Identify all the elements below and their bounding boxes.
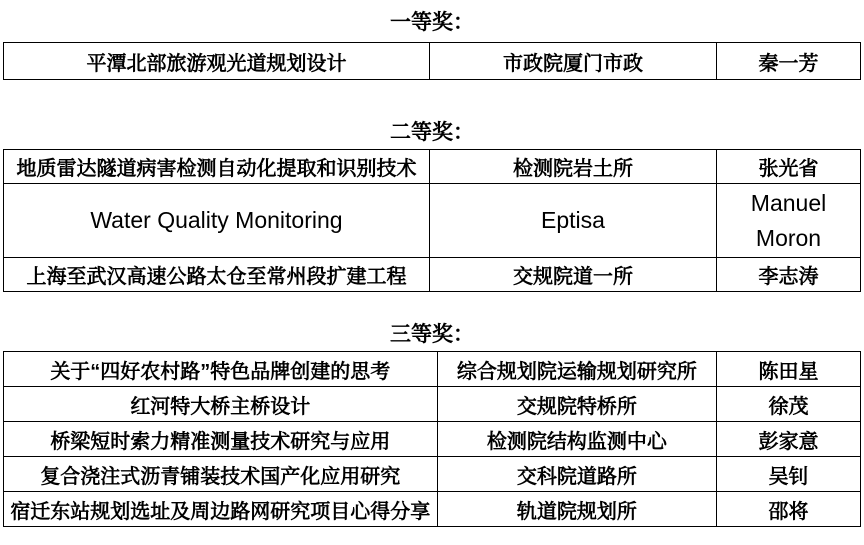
- person-cell: 吴钊: [717, 457, 861, 492]
- person-cell: 秦一芳: [717, 43, 861, 80]
- project-cell: 平潭北部旅游观光道规划设计: [4, 43, 430, 80]
- project-cell: 关于“四好农村路”特色品牌创建的思考: [4, 352, 438, 387]
- document-body: 一等奖： 平潭北部旅游观光道规划设计 市政院厦门市政 秦一芳 二等奖： 地质雷达…: [0, 0, 864, 527]
- person-cell: 李志涛: [717, 258, 861, 292]
- org-cell: 交科院道路所: [437, 457, 716, 492]
- project-cell: 宿迁东站规划选址及周边路网研究项目心得分享: [4, 492, 438, 527]
- project-cell: 地质雷达隧道病害检测自动化提取和识别技术: [4, 150, 430, 184]
- org-cell: 综合规划院运输规划研究所: [437, 352, 716, 387]
- project-cell: 上海至武汉高速公路太仓至常州段扩建工程: [4, 258, 430, 292]
- table-row: Water Quality Monitoring Eptisa Manuel M…: [4, 184, 861, 258]
- org-cell: 轨道院规划所: [437, 492, 716, 527]
- org-cell: 交规院特桥所: [437, 387, 716, 422]
- project-cell: 红河特大桥主桥设计: [4, 387, 438, 422]
- table-row: 平潭北部旅游观光道规划设计 市政院厦门市政 秦一芳: [4, 43, 861, 80]
- first-prize-table: 平潭北部旅游观光道规划设计 市政院厦门市政 秦一芳: [3, 42, 861, 80]
- table-row: 桥梁短时索力精准测量技术研究与应用 检测院结构监测中心 彭家意: [4, 422, 861, 457]
- first-prize-heading: 一等奖：: [3, 11, 861, 35]
- table-row: 上海至武汉高速公路太仓至常州段扩建工程 交规院道一所 李志涛: [4, 258, 861, 292]
- table-row: 宿迁东站规划选址及周边路网研究项目心得分享 轨道院规划所 邵将: [4, 492, 861, 527]
- project-cell: 复合浇注式沥青铺装技术国产化应用研究: [4, 457, 438, 492]
- table-row: 红河特大桥主桥设计 交规院特桥所 徐茂: [4, 387, 861, 422]
- person-cell: Manuel Moron: [717, 184, 861, 258]
- person-cell: 邵将: [717, 492, 861, 527]
- project-cell: 桥梁短时索力精准测量技术研究与应用: [4, 422, 438, 457]
- org-cell: 检测院结构监测中心: [437, 422, 716, 457]
- table-row: 关于“四好农村路”特色品牌创建的思考 综合规划院运输规划研究所 陈田星: [4, 352, 861, 387]
- second-prize-heading: 二等奖：: [3, 121, 861, 145]
- second-prize-table: 地质雷达隧道病害检测自动化提取和识别技术 检测院岩土所 张光省 Water Qu…: [3, 149, 861, 292]
- org-cell: Eptisa: [429, 184, 716, 258]
- person-cell: 彭家意: [717, 422, 861, 457]
- section-third-prize: 三等奖： 关于“四好农村路”特色品牌创建的思考 综合规划院运输规划研究所 陈田星…: [3, 323, 861, 527]
- table-row: 复合浇注式沥青铺装技术国产化应用研究 交科院道路所 吴钊: [4, 457, 861, 492]
- person-cell: 张光省: [717, 150, 861, 184]
- third-prize-table: 关于“四好农村路”特色品牌创建的思考 综合规划院运输规划研究所 陈田星 红河特大…: [3, 351, 861, 527]
- org-cell: 交规院道一所: [429, 258, 716, 292]
- project-cell: Water Quality Monitoring: [4, 184, 430, 258]
- awards-document: { "sections": [ { "heading": "一等奖：", "ro…: [0, 0, 864, 545]
- section-first-prize: 一等奖： 平潭北部旅游观光道规划设计 市政院厦门市政 秦一芳: [3, 11, 861, 80]
- org-cell: 市政院厦门市政: [429, 43, 716, 80]
- org-cell: 检测院岩土所: [429, 150, 716, 184]
- third-prize-heading: 三等奖：: [3, 323, 861, 347]
- table-row: 地质雷达隧道病害检测自动化提取和识别技术 检测院岩土所 张光省: [4, 150, 861, 184]
- person-cell: 陈田星: [717, 352, 861, 387]
- person-cell: 徐茂: [717, 387, 861, 422]
- section-second-prize: 二等奖： 地质雷达隧道病害检测自动化提取和识别技术 检测院岩土所 张光省 Wat…: [3, 121, 861, 292]
